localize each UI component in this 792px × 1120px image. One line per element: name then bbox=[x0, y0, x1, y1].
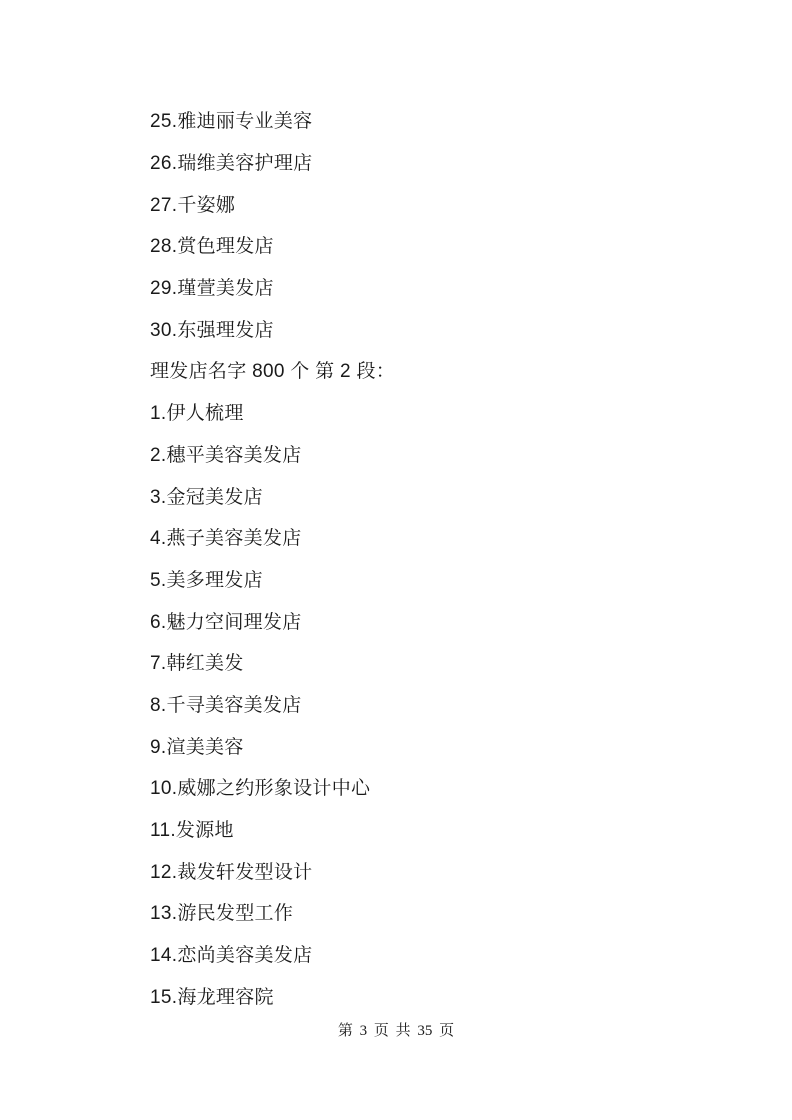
section-heading: 理发店名字 800 个 第 2 段： bbox=[150, 349, 732, 391]
list-item: 8.千寻美容美发店 bbox=[150, 683, 732, 725]
list-item: 10.威娜之约形象设计中心 bbox=[150, 766, 732, 808]
name-list-part2: 1.伊人梳理2.穗平美容美发店3.金冠美发店4.燕子美容美发店5.美多理发店6.… bbox=[150, 391, 732, 1016]
list-item: 4.燕子美容美发店 bbox=[150, 516, 732, 558]
document-content: 25.雅迪丽专业美容26.瑞维美容护理店27.千姿娜28.赏色理发店29.瑾萱美… bbox=[150, 99, 732, 1016]
list-item: 2.穗平美容美发店 bbox=[150, 433, 732, 475]
list-item: 5.美多理发店 bbox=[150, 558, 732, 600]
list-item: 11.发源地 bbox=[150, 808, 732, 850]
list-item: 14.恋尚美容美发店 bbox=[150, 933, 732, 975]
list-item: 7.韩红美发 bbox=[150, 641, 732, 683]
page-footer: 第 3 页 共 35 页 bbox=[0, 1019, 792, 1040]
list-item: 15.海龙理容院 bbox=[150, 974, 732, 1016]
list-item: 28.赏色理发店 bbox=[150, 224, 732, 266]
list-item: 12.裁发轩发型设计 bbox=[150, 849, 732, 891]
list-item: 9.渲美美容 bbox=[150, 724, 732, 766]
list-item: 25.雅迪丽专业美容 bbox=[150, 99, 732, 141]
list-item: 27.千姿娜 bbox=[150, 182, 732, 224]
document-page: 25.雅迪丽专业美容26.瑞维美容护理店27.千姿娜28.赏色理发店29.瑾萱美… bbox=[0, 0, 792, 1120]
list-item: 6.魅力空间理发店 bbox=[150, 599, 732, 641]
list-item: 29.瑾萱美发店 bbox=[150, 266, 732, 308]
list-item: 30.东强理发店 bbox=[150, 307, 732, 349]
list-item: 13.游民发型工作 bbox=[150, 891, 732, 933]
list-item: 1.伊人梳理 bbox=[150, 391, 732, 433]
name-list-part1: 25.雅迪丽专业美容26.瑞维美容护理店27.千姿娜28.赏色理发店29.瑾萱美… bbox=[150, 99, 732, 349]
list-item: 3.金冠美发店 bbox=[150, 474, 732, 516]
list-item: 26.瑞维美容护理店 bbox=[150, 141, 732, 183]
